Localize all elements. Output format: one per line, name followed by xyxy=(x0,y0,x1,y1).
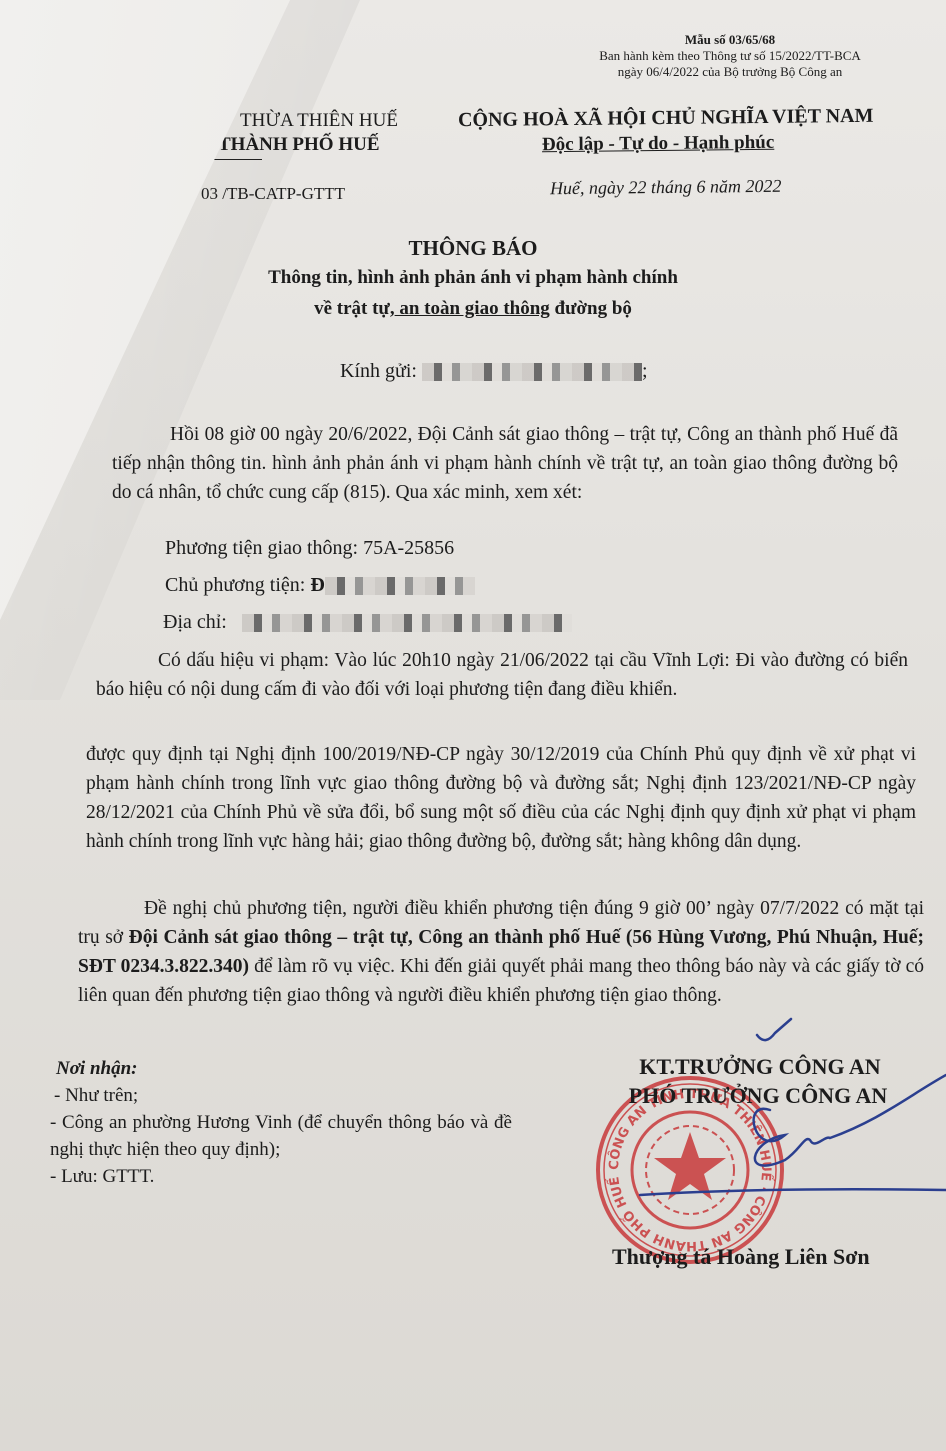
address-label: Địa chỉ: xyxy=(163,611,227,633)
address-redacted xyxy=(242,614,572,632)
owner-line: Chủ phương tiện: Đ xyxy=(165,574,475,597)
violation-paragraph: Có dấu hiệu vi phạm: Vào lúc 20h10 ngày … xyxy=(96,646,908,704)
form-note-line1: Ban hành kèm theo Thông tư số 15/2022/TT… xyxy=(580,48,880,64)
check-mark xyxy=(755,1015,815,1045)
recipient-suffix: ; xyxy=(642,360,648,382)
recipient-item: - Lưu: GTTT. xyxy=(50,1163,512,1190)
recipients-heading: Nơi nhận: xyxy=(56,1055,512,1082)
document-page: Mẫu số 03/65/68 Ban hành kèm theo Thông … xyxy=(0,0,946,1451)
nation-name: CỘNG HOÀ XÃ HỘI CHỦ NGHĨA VIỆT NAM xyxy=(458,105,874,132)
recipient-item: - Công an phường Hương Vinh (để chuyển t… xyxy=(50,1109,512,1163)
nation-motto: Độc lập - Tự do - Hạnh phúc xyxy=(542,132,774,156)
signer-name: Thượng tá Hoàng Liên Sơn xyxy=(612,1244,870,1270)
form-note: Mẫu số 03/65/68 Ban hành kèm theo Thông … xyxy=(580,32,880,80)
address-line: Địa chỉ: xyxy=(163,611,572,634)
place-date: Huế, ngày 22 tháng 6 năm 2022 xyxy=(550,176,782,199)
subtitle-part-a: về trật tự, xyxy=(314,298,395,319)
recipient-item: - Như trên; xyxy=(54,1082,512,1109)
legal-basis-paragraph: được quy định tại Nghị định 100/2019/NĐ-… xyxy=(86,740,916,856)
recipient-label: Kính gửi: xyxy=(340,360,417,382)
recipient-redacted xyxy=(422,363,642,381)
vehicle-plate: 75A-25856 xyxy=(363,537,454,559)
owner-redacted xyxy=(325,577,475,595)
vehicle-label: Phương tiện giao thông: xyxy=(165,537,358,559)
form-note-line2: ngày 06/4/2022 của Bộ trưởng Bộ Công an xyxy=(580,64,880,80)
recipients-block: Nơi nhận: - Như trên; - Công an phường H… xyxy=(50,1055,512,1190)
owner-label: Chủ phương tiện: xyxy=(165,574,305,596)
intro-paragraph: Hồi 08 giờ 00 ngày 20/6/2022, Đội Cảnh s… xyxy=(112,420,898,507)
subtitle-part-b: an toàn giao thông xyxy=(395,298,550,319)
owner-initial: Đ xyxy=(310,574,324,596)
form-code: Mẫu số 03/65/68 xyxy=(580,32,880,48)
vehicle-line: Phương tiện giao thông: 75A-25856 xyxy=(165,537,454,560)
handwritten-signature xyxy=(600,1040,946,1220)
request-paragraph: Đề nghị chủ phương tiện, người điều khiể… xyxy=(78,894,924,1010)
folded-page-corner xyxy=(0,0,946,1451)
recipient-line: Kính gửi: ; xyxy=(340,360,648,383)
subtitle-part-c: đường bộ xyxy=(550,298,632,319)
